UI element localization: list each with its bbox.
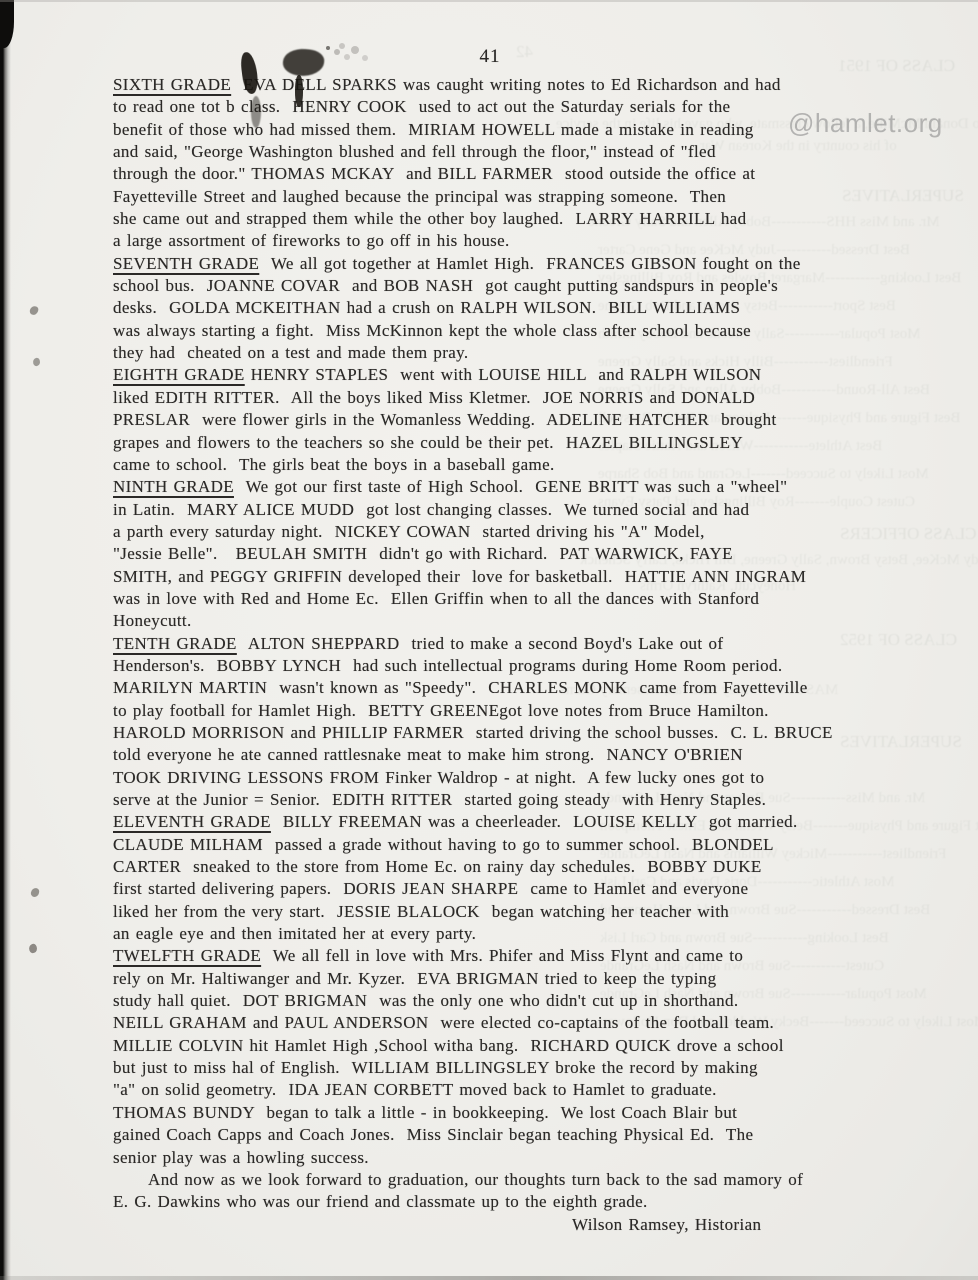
text-line: serve at the Junior = Senior. EDITH RITT… [113, 789, 953, 811]
heading-line-rest: We all fell in love with Mrs. Phifer and… [261, 946, 743, 965]
text-line: TWELFTH GRADE We all fell in love with M… [113, 945, 953, 967]
grade-heading: SEVENTH GRADE [113, 254, 259, 273]
ink-speck [32, 357, 41, 367]
text-line: a large assortment of fireworks to go of… [113, 230, 953, 252]
text-line: TOOK DRIVING LESSONS FROM Finker Waldrop… [113, 767, 953, 789]
text-line: told everyone he ate canned rattlesnake … [113, 744, 953, 766]
text-line: in Latin. MARY ALICE MUDD got lost chang… [113, 499, 953, 521]
heading-line-rest: HENRY STAPLES went with LOUISE HILL and … [245, 365, 762, 384]
heading-line-rest: We got our first taste of High School. G… [234, 477, 787, 496]
heading-line-rest: BILLY FREEMAN was a cheerleader. LOUISE … [271, 812, 798, 831]
page-number: 41 [450, 46, 530, 68]
grade-heading: NINTH GRADE [113, 477, 234, 496]
text-line: Wilson Ramsey, Historian [572, 1214, 953, 1236]
text-line: grapes and flowers to the teachers so sh… [113, 432, 953, 454]
text-line: NEILL GRAHAM and PAUL ANDERSON were elec… [113, 1012, 953, 1034]
text-line: E. G. Dawkins who was our friend and cla… [113, 1191, 953, 1213]
text-line: ELEVENTH GRADE BILLY FREEMAN was a cheer… [113, 811, 953, 833]
text-line: study hall quiet. DOT BRIGMAN was the on… [113, 990, 953, 1012]
grade-heading: SIXTH GRADE [113, 75, 231, 94]
text-line: came to school. The girls beat the boys … [113, 454, 953, 476]
text-line: but just to miss hal of English. WILLIAM… [113, 1057, 953, 1079]
text-line: and said, "George Washington blushed and… [113, 141, 953, 163]
ink-smudge [295, 75, 303, 107]
text-line: desks. GOLDA MCKEITHAN had a crush on RA… [113, 297, 953, 319]
text-line: MILLIE COLVIN hit Hamlet High ,School wi… [113, 1035, 953, 1057]
text-line: NINTH GRADE We got our first taste of Hi… [113, 476, 953, 498]
text-line: gained Coach Capps and Coach Jones. Miss… [113, 1124, 953, 1146]
scan-edge-bottom [0, 1276, 978, 1280]
text-line: SMITH, and PEGGY GRIFFIN developed their… [113, 566, 953, 588]
watermark: @hamlet.org [788, 108, 943, 139]
text-line: a parth every saturday night. NICKEY COW… [113, 521, 953, 543]
text-line: Honeycutt. [113, 610, 953, 632]
heading-line-rest: ALTON SHEPPARD tried to make a second Bo… [237, 634, 724, 653]
grade-heading: TENTH GRADE [113, 634, 237, 653]
text-line: first started delivering papers. DORIS J… [113, 878, 953, 900]
text-line: "a" on solid geometry. IDA JEAN CORBETT … [113, 1079, 953, 1101]
text-line: Henderson's. BOBBY LYNCH had such intell… [113, 655, 953, 677]
text-line: school bus. JOANNE COVAR and BOB NASH go… [113, 275, 953, 297]
scan-edge-left [0, 0, 11, 1280]
ink-speck [28, 943, 39, 954]
text-line: PRESLAR were flower girls in the Womanle… [113, 409, 953, 431]
text-line: SEVENTH GRADE We all got together at Ham… [113, 253, 953, 275]
text-line: EIGHTH GRADE HENRY STAPLES went with LOU… [113, 364, 953, 386]
text-line: And now as we look forward to graduation… [113, 1169, 953, 1191]
ink-smudge [326, 46, 330, 50]
text-line: HAROLD MORRISON and PHILLIP FARMER start… [113, 722, 953, 744]
text-line: to play football for Hamlet High. BETTY … [113, 700, 953, 722]
text-line: THOMAS BUNDY began to talk a little - in… [113, 1102, 953, 1124]
text-line: Fayetteville Street and laughed because … [113, 186, 953, 208]
scan-edge-top [0, 0, 978, 2]
grade-heading: ELEVENTH GRADE [113, 812, 271, 831]
text-line: through the door." THOMAS MCKAY and BILL… [113, 163, 953, 185]
ink-speck [29, 305, 40, 316]
ink-speck [30, 887, 39, 897]
text-line: they had cheated on a test and made them… [113, 342, 953, 364]
text-line: SIXTH GRADE EVA DELL SPARKS was caught w… [113, 74, 953, 96]
grade-heading: EIGHTH GRADE [113, 365, 245, 384]
scan-edge-corner [0, 0, 14, 48]
text-line: "Jessie Belle". BEULAH SMITH didn't go w… [113, 543, 953, 565]
ink-smudge [251, 96, 261, 128]
text-line: senior play was a howling success. [113, 1147, 953, 1169]
text-line: was always starting a fight. Miss McKinn… [113, 320, 953, 342]
text-line: rely on Mr. Haltiwanger and Mr. Kyzer. E… [113, 968, 953, 990]
scanned-page: 42CLASS OF 1951In memorium to Donald McM… [0, 0, 978, 1280]
text-line: an eagle eye and then imitated her at ev… [113, 923, 953, 945]
text-line: liked EDITH RITTER. All the boys liked M… [113, 387, 953, 409]
text-line: CLAUDE MILHAM passed a grade without hav… [113, 834, 953, 856]
text-line: MARILYN MARTIN wasn't known as "Speedy".… [113, 677, 953, 699]
heading-line-rest: We all got together at Hamlet High. FRAN… [259, 254, 800, 273]
text-line: TENTH GRADE ALTON SHEPPARD tried to make… [113, 633, 953, 655]
text-line: was in love with Red and Home Ec. Ellen … [113, 588, 953, 610]
grade-heading: TWELFTH GRADE [113, 946, 261, 965]
text-line: CARTER sneaked to the store from Home Ec… [113, 856, 953, 878]
text-line: she came out and strapped them while the… [113, 208, 953, 230]
heading-line-rest: EVA DELL SPARKS was caught writing notes… [231, 75, 781, 94]
page-text: SIXTH GRADE EVA DELL SPARKS was caught w… [113, 74, 953, 1236]
text-line: liked her from the very start. JESSIE BL… [113, 901, 953, 923]
bleedthrough-line: CLASS OF 1951 [838, 56, 955, 76]
